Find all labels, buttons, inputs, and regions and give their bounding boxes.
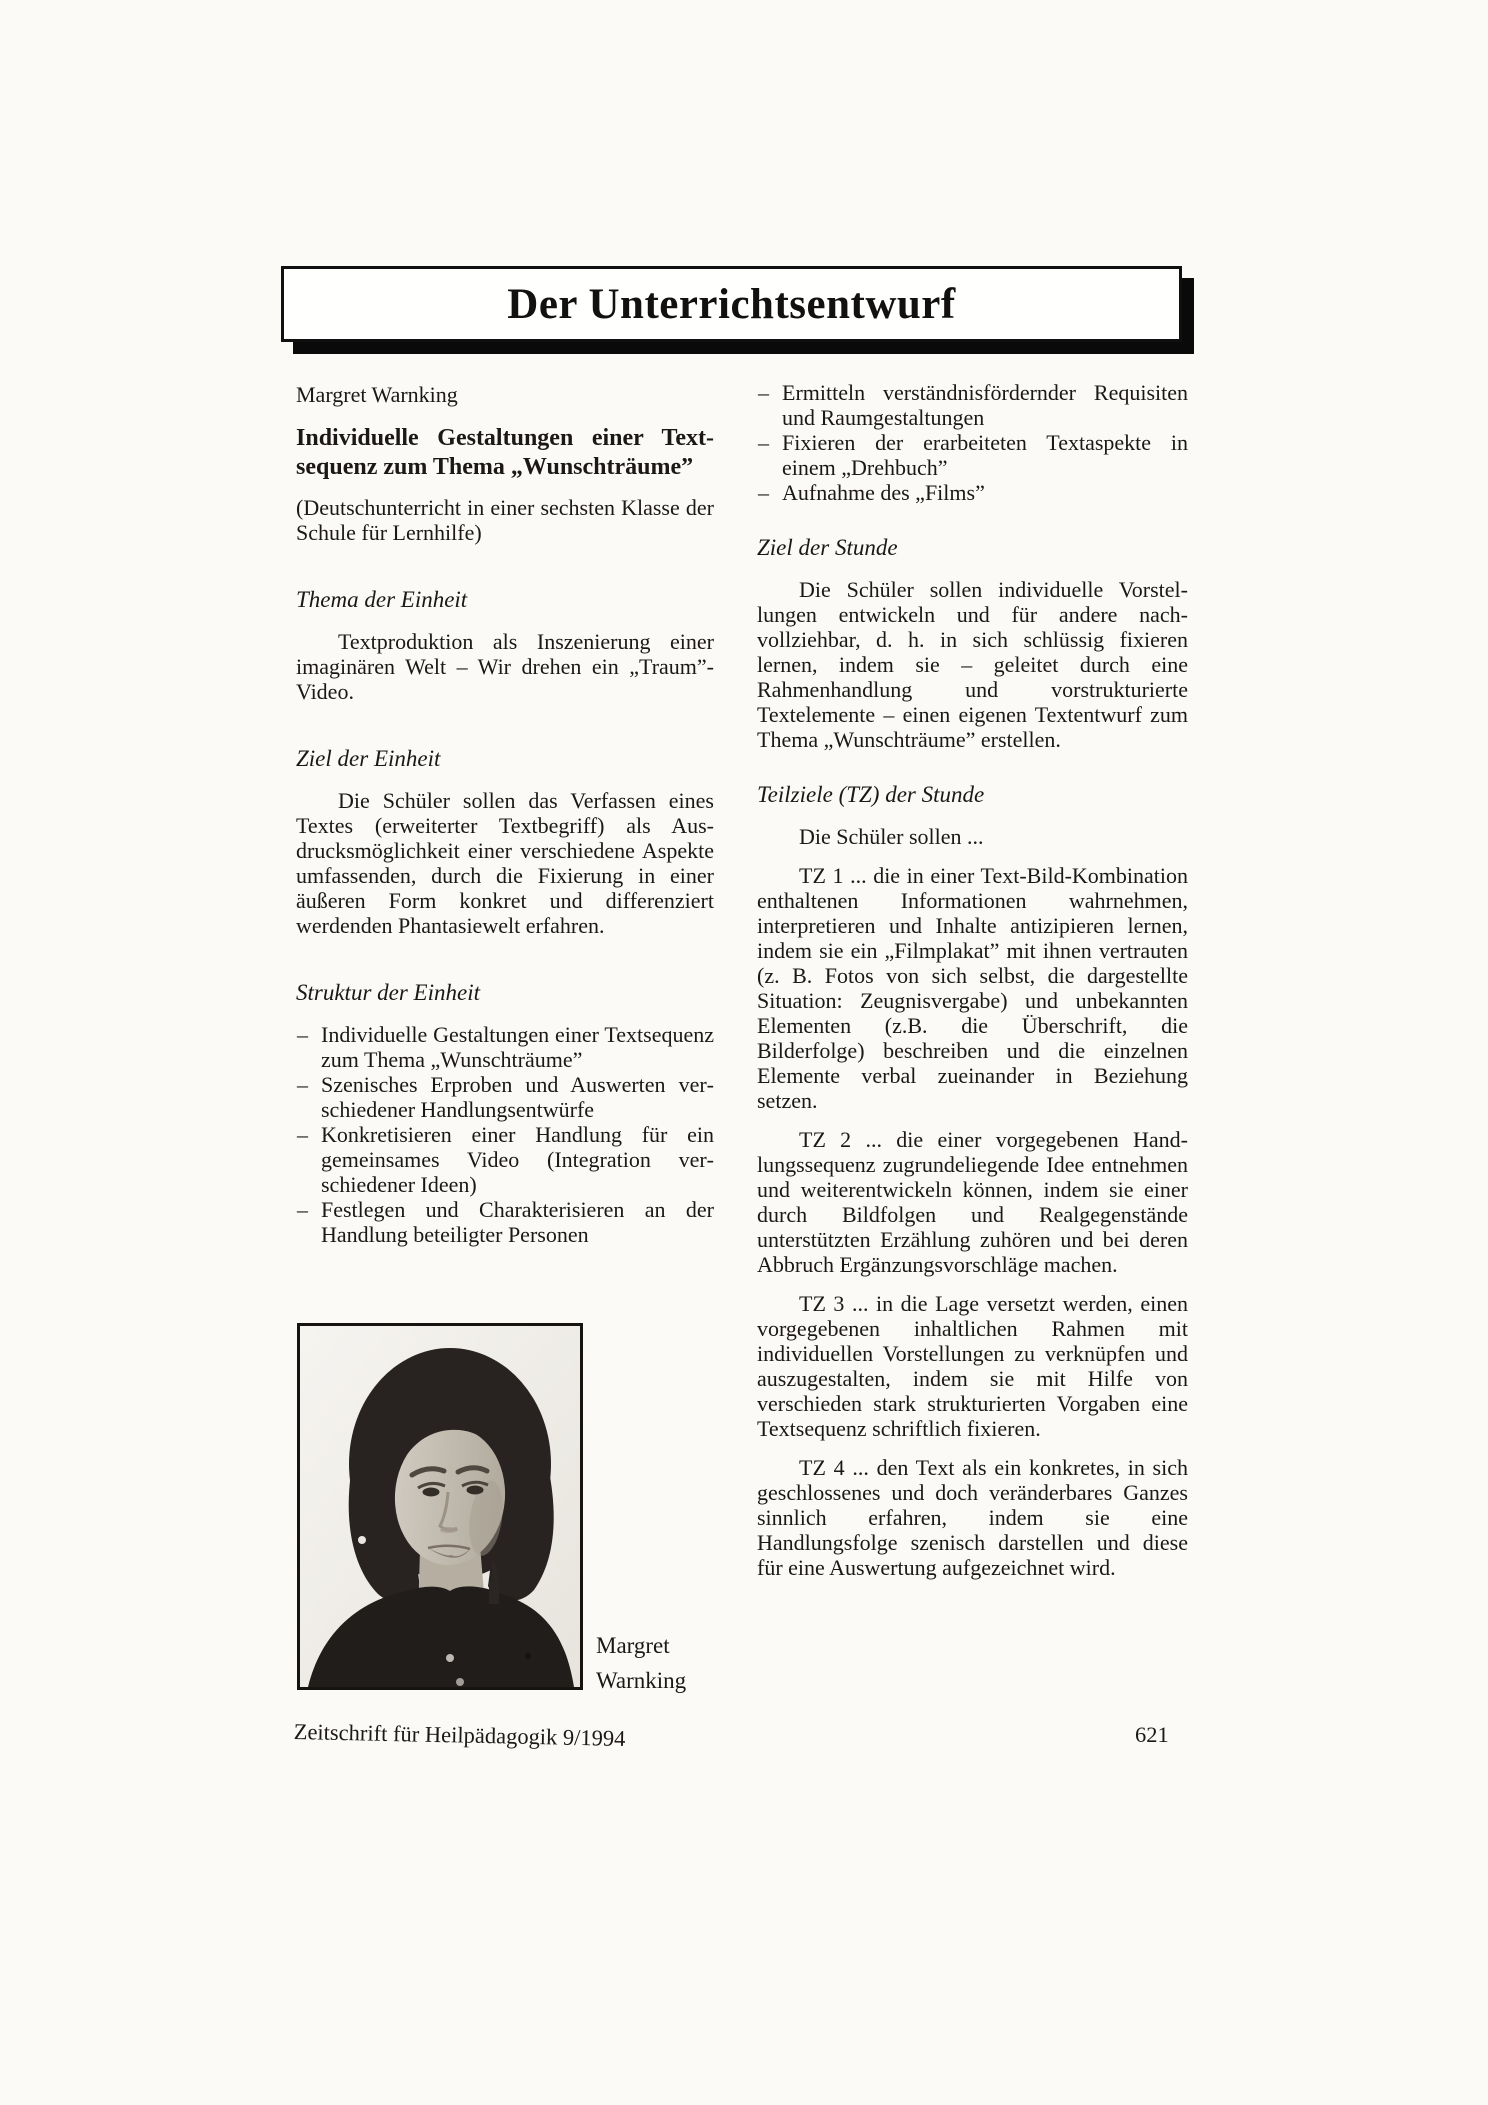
tz-paragraph-2: TZ 2 ... die einer vorgegebenen Hand­lun… bbox=[757, 1127, 1188, 1277]
photo-caption: Margret Warnking bbox=[596, 1628, 686, 1698]
tz-paragraph-1: TZ 1 ... die in einer Text-Bild-Kombina­… bbox=[757, 863, 1188, 1113]
portrait-image bbox=[300, 1326, 580, 1687]
list-item: Szenisches Erproben und Auswerten ver­sc… bbox=[296, 1072, 714, 1122]
list-item: Ermitteln verständnisfördernder Requisi­… bbox=[757, 380, 1188, 430]
section-heading-ziel-stunde: Ziel der Stunde bbox=[757, 535, 1188, 561]
list-item: Individuelle Gestaltungen einer Textse­q… bbox=[296, 1022, 714, 1072]
tz-paragraph-4: TZ 4 ... den Text als ein konkretes, in … bbox=[757, 1455, 1188, 1580]
intro-list: Ermitteln verständnisfördernder Requisi­… bbox=[757, 380, 1188, 505]
paragraph-thema: Textproduktion als Inszenierung einer im… bbox=[296, 629, 714, 704]
section-heading-teilziele: Teilziele (TZ) der Stunde bbox=[757, 782, 1188, 808]
photo-caption-line2: Warnking bbox=[596, 1663, 686, 1698]
section-heading-struktur: Struktur der Einheit bbox=[296, 980, 714, 1006]
paragraph-ziel-einheit: Die Schüler sollen das Verfassen eines T… bbox=[296, 788, 714, 938]
photo-caption-line1: Margret bbox=[596, 1628, 686, 1663]
section-heading-ziel-einheit: Ziel der Einheit bbox=[296, 746, 714, 772]
teilziele-intro: Die Schüler sollen ... bbox=[757, 824, 1188, 849]
left-column: Margret Warnking Individuelle Gestaltung… bbox=[296, 382, 714, 1247]
list-item: Fixieren der erarbeiteten Textaspekte in… bbox=[757, 430, 1188, 480]
struktur-list: Individuelle Gestaltungen einer Textse­q… bbox=[296, 1022, 714, 1247]
list-item: Aufnahme des „Films” bbox=[757, 480, 1188, 505]
section-heading-thema: Thema der Einheit bbox=[296, 587, 714, 613]
tz-paragraph-3: TZ 3 ... in die Lage versetzt werden, ei… bbox=[757, 1291, 1188, 1441]
portrait-photo bbox=[297, 1323, 583, 1690]
footer-journal-line: Zeitschrift für Heilpädagogik 9/1994 bbox=[293, 1719, 625, 1752]
article-title: Individuelle Gestaltungen einer Text­seq… bbox=[296, 424, 714, 482]
right-column: Ermitteln verständnisfördernder Requisi­… bbox=[757, 380, 1188, 1580]
page-number: 621 bbox=[1135, 1722, 1169, 1748]
paragraph-ziel-stunde: Die Schüler sollen individuelle Vorstel­… bbox=[757, 577, 1188, 752]
article-subtitle: (Deutschunterricht in einer sechsten Kla… bbox=[296, 495, 714, 545]
list-item: Festlegen und Charakterisieren an der Ha… bbox=[296, 1197, 714, 1247]
masthead-title: Der Unterrichtsentwurf bbox=[507, 280, 955, 329]
masthead-box: Der Unterrichtsentwurf bbox=[281, 266, 1182, 342]
journal-page: Der Unterrichtsentwurf Margret Warnking … bbox=[0, 0, 1488, 2105]
list-item: Konkretisieren einer Handlung für ein ge… bbox=[296, 1122, 714, 1197]
author-name: Margret Warnking bbox=[296, 382, 714, 407]
